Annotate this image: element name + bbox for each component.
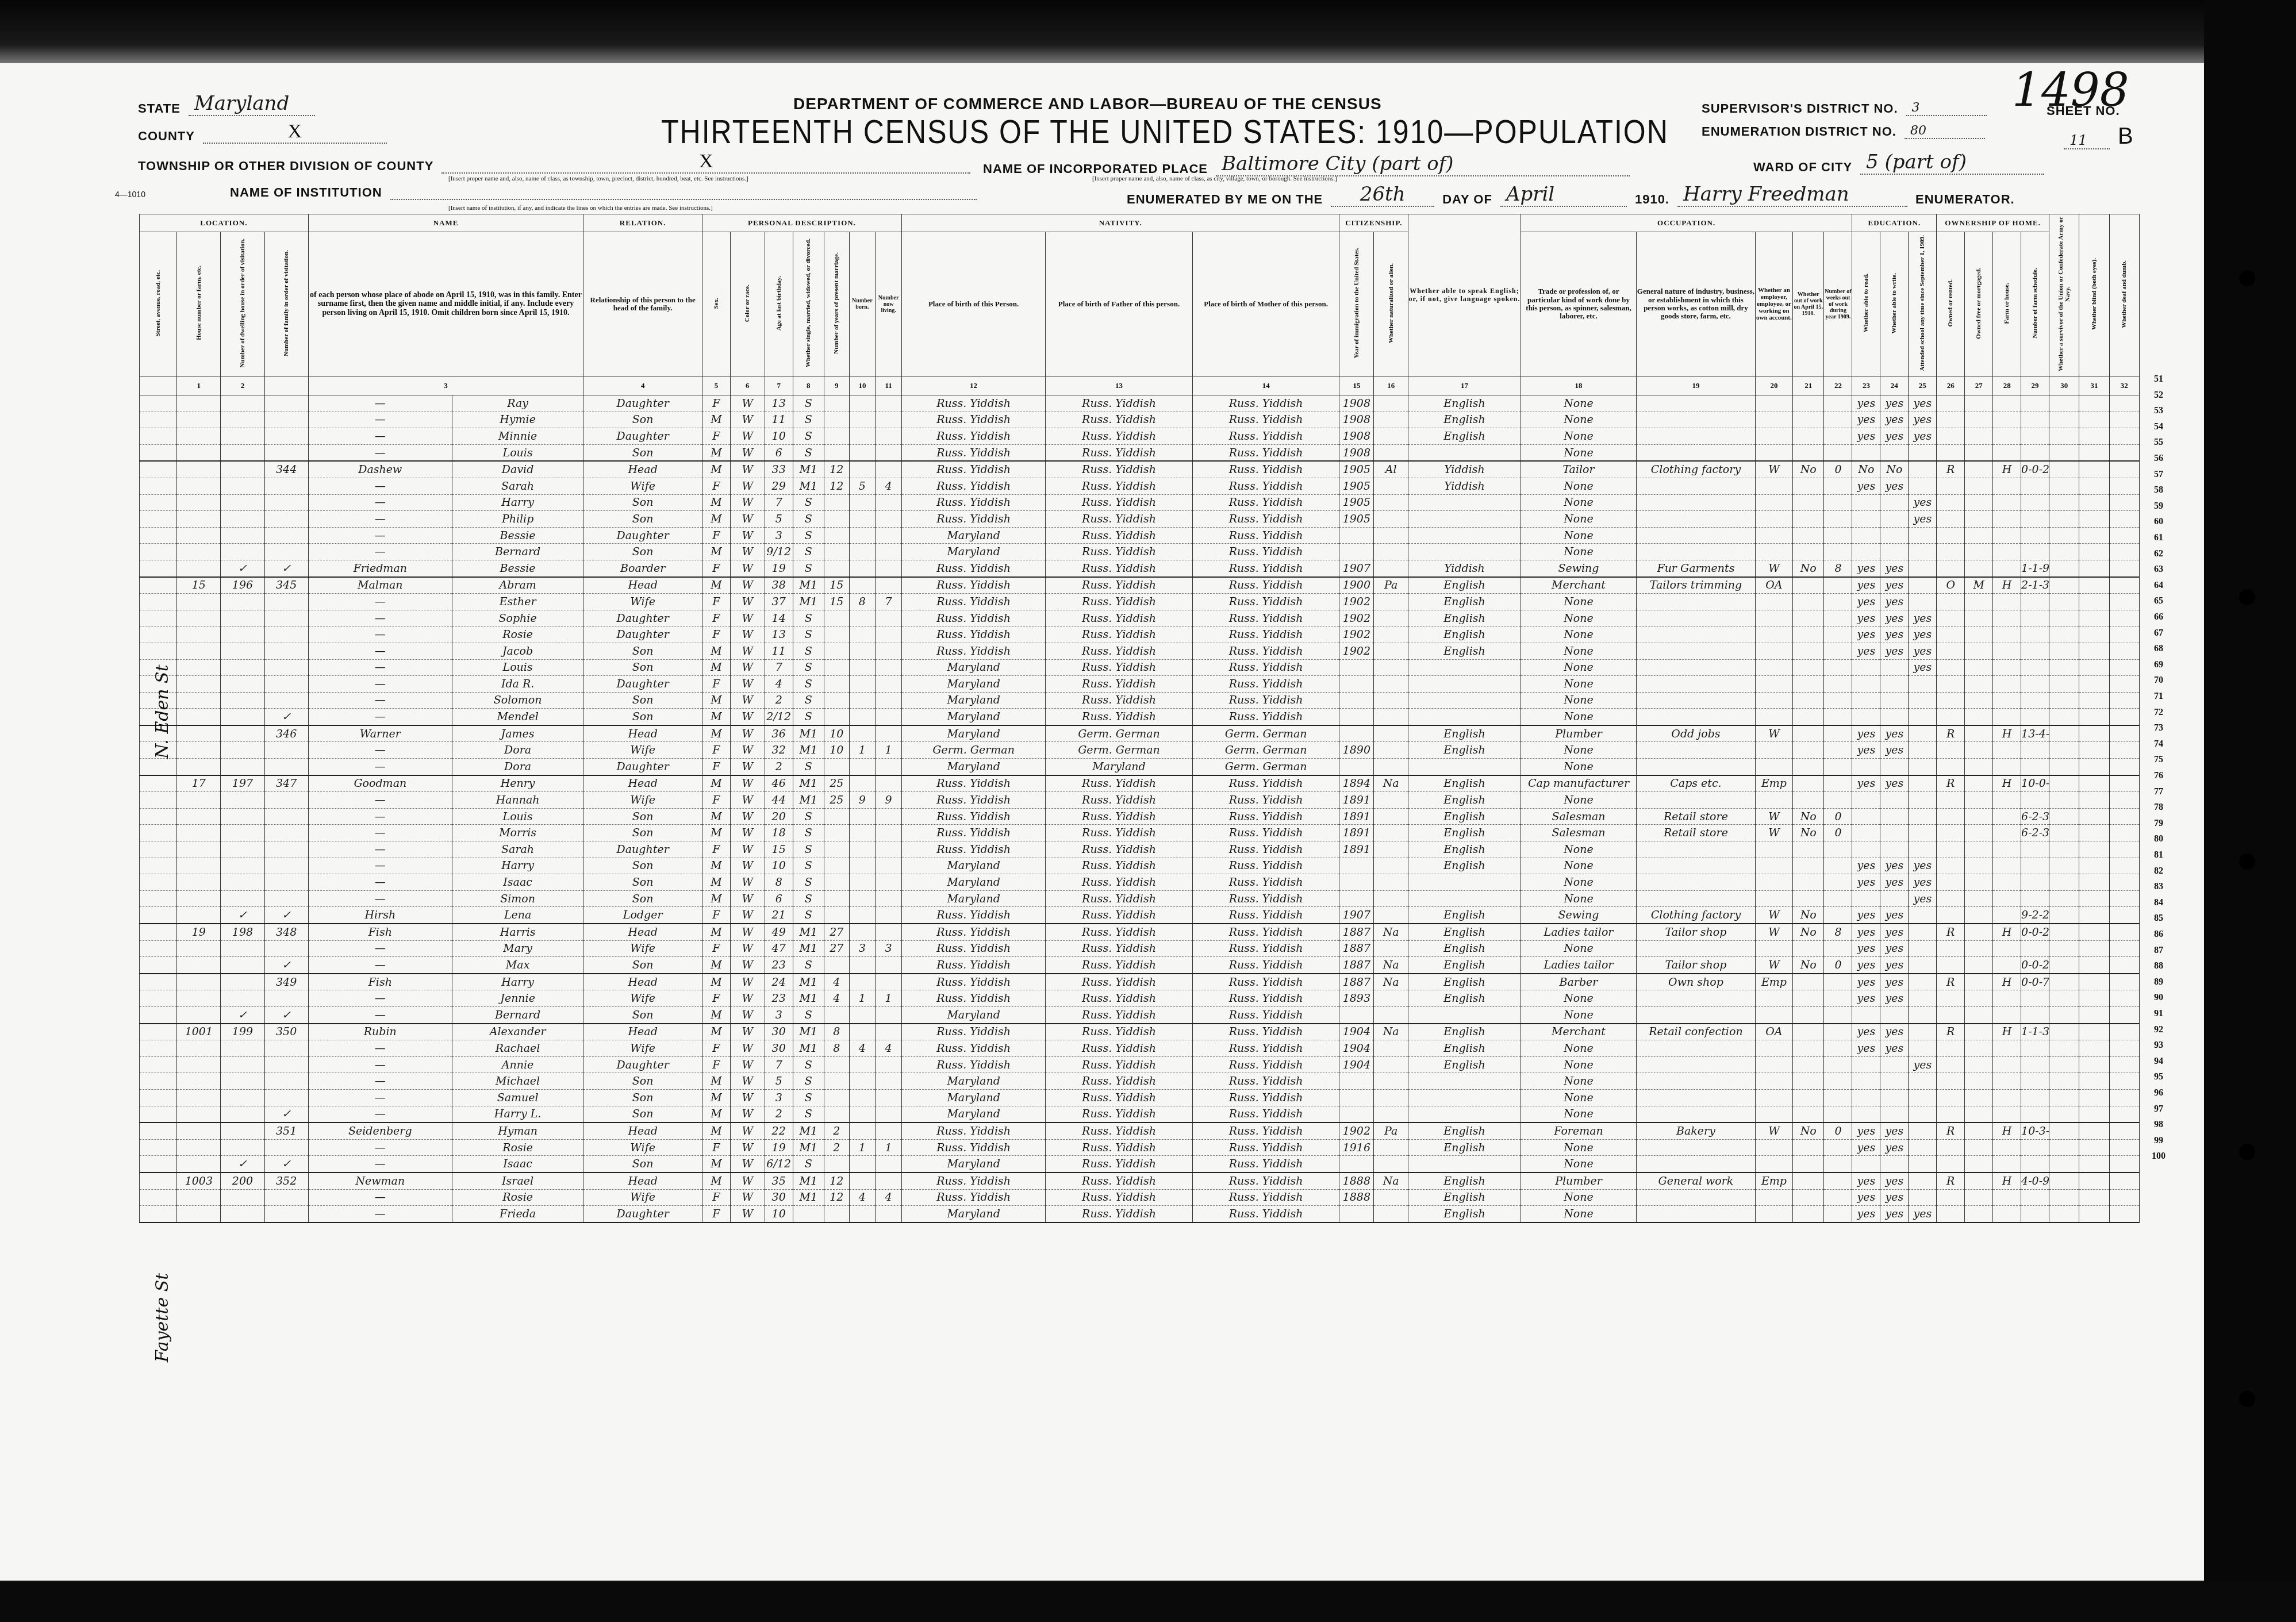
relation-cell: Daughter xyxy=(583,626,702,643)
blind-cell xyxy=(2079,494,2109,511)
table-row: —HannahWifeFW44M12599Russ. YiddishRuss. … xyxy=(140,792,2140,809)
school-cell: yes xyxy=(1909,874,1937,891)
county-field: COUNTY X xyxy=(138,121,387,144)
race-cell: W xyxy=(730,1024,765,1040)
industry-cell xyxy=(1637,1139,1756,1156)
dwelling-cell xyxy=(221,858,264,874)
emp-cell xyxy=(1755,594,1792,610)
race-cell: W xyxy=(730,527,765,544)
living-cell xyxy=(876,461,902,478)
industry-cell: Retail store xyxy=(1637,825,1756,841)
pob-mother-cell: Russ. Yiddish xyxy=(1192,1173,1339,1189)
natz-cell xyxy=(1374,428,1408,445)
pob-father-cell: Russ. Yiddish xyxy=(1046,544,1193,560)
relation-cell: Daughter xyxy=(583,759,702,775)
pob-mother-cell: Russ. Yiddish xyxy=(1192,478,1339,494)
relation-cell: Daughter xyxy=(583,1056,702,1073)
surname-cell: — xyxy=(308,957,452,974)
street-note-1: N. Eden St xyxy=(152,664,172,759)
sched-cell: 0-0-2-2 xyxy=(2021,924,2049,940)
free-cell xyxy=(1965,940,1993,957)
marital-cell: M1 xyxy=(793,974,824,990)
sex-cell: M xyxy=(702,643,730,659)
write-cell: yes xyxy=(1880,775,1909,792)
birthplace-cell: Maryland xyxy=(902,1156,1046,1173)
vet-cell xyxy=(2049,907,2079,924)
write-cell xyxy=(1880,825,1909,841)
birthplace-cell: Maryland xyxy=(902,527,1046,544)
given-name-cell: Rosie xyxy=(452,1189,583,1206)
natz-cell xyxy=(1374,676,1408,693)
deaf-cell xyxy=(2109,858,2140,874)
table-row: —Ida R.DaughterFW4SMarylandRuss. Yiddish… xyxy=(140,676,2140,693)
street-cell xyxy=(140,957,177,974)
school-cell xyxy=(1909,792,1937,809)
relation-cell: Head xyxy=(583,1024,702,1040)
blind-cell xyxy=(2079,759,2109,775)
surname-cell: — xyxy=(308,692,452,709)
read-cell: yes xyxy=(1852,428,1880,445)
pob-mother-cell: Russ. Yiddish xyxy=(1192,1123,1339,1139)
header-name-instructions: of each person whose place of abode on A… xyxy=(308,232,583,376)
dwelling-cell xyxy=(221,890,264,907)
vet-cell xyxy=(2049,1106,2079,1123)
living-cell: 1 xyxy=(876,990,902,1007)
language-cell: English xyxy=(1408,577,1521,594)
free-cell xyxy=(1965,1106,1993,1123)
school-cell xyxy=(1909,990,1937,1007)
industry-cell xyxy=(1637,742,1756,759)
birthplace-cell: Maryland xyxy=(902,874,1046,891)
years-married-cell xyxy=(824,560,850,576)
sched-cell xyxy=(2021,1040,2049,1057)
emp-cell xyxy=(1755,1040,1792,1057)
given-name-cell: Jennie xyxy=(452,990,583,1007)
birthplace-cell: Russ. Yiddish xyxy=(902,412,1046,428)
column-number: 32 xyxy=(2109,376,2140,395)
living-cell xyxy=(876,692,902,709)
years-married-cell xyxy=(824,874,850,891)
years-married-cell xyxy=(824,659,850,676)
family-cell xyxy=(264,544,308,560)
write-cell: yes xyxy=(1880,907,1909,924)
race-cell: W xyxy=(730,709,765,725)
language-cell: English xyxy=(1408,924,1521,940)
free-cell xyxy=(1965,725,1993,742)
given-name-cell: Abram xyxy=(452,577,583,594)
sched-cell xyxy=(2021,1073,2049,1090)
line-number: 62 xyxy=(2147,549,2170,559)
weeks-cell: 0 xyxy=(1824,461,1852,478)
free-cell xyxy=(1965,709,1993,725)
binder-hole xyxy=(2239,1391,2255,1407)
school-cell xyxy=(1909,1123,1937,1139)
table-row: —IsaacSonMW8SMarylandRuss. YiddishRuss. … xyxy=(140,874,2140,891)
column-number-row: 1234567891011121314151617181920212223242… xyxy=(140,376,2140,395)
sched-cell: 0-0-2-2 xyxy=(2021,957,2049,974)
marital-cell: M1 xyxy=(793,940,824,957)
marital-cell: S xyxy=(793,1106,824,1123)
street-cell xyxy=(140,610,177,626)
pob-mother-cell: Russ. Yiddish xyxy=(1192,990,1339,1007)
sex-cell: F xyxy=(702,1189,730,1206)
house-cell xyxy=(177,511,221,528)
dwelling-cell: 198 xyxy=(221,924,264,940)
surname-cell: Dashew xyxy=(308,461,452,478)
own-cell xyxy=(1937,1056,1965,1073)
pob-father-cell: Russ. Yiddish xyxy=(1046,1040,1193,1057)
write-cell: yes xyxy=(1880,957,1909,974)
line-number: 71 xyxy=(2147,691,2170,702)
scan-border-bottom xyxy=(0,1582,2296,1622)
free-cell xyxy=(1965,1024,1993,1040)
pob-father-cell: Russ. Yiddish xyxy=(1046,444,1193,461)
surname-cell: — xyxy=(308,742,452,759)
family-cell xyxy=(264,412,308,428)
language-cell xyxy=(1408,527,1521,544)
given-name-cell: Mary xyxy=(452,940,583,957)
free-cell xyxy=(1965,1206,1993,1223)
family-cell: ✓ xyxy=(264,1156,308,1173)
age-cell: 30 xyxy=(765,1189,793,1206)
dwelling-cell xyxy=(221,990,264,1007)
given-name-cell: Bernard xyxy=(452,544,583,560)
weeks-cell xyxy=(1824,841,1852,858)
immig-cell xyxy=(1339,692,1374,709)
surname-cell: — xyxy=(308,709,452,725)
write-cell xyxy=(1880,759,1909,775)
dwelling-cell xyxy=(221,610,264,626)
natz-cell xyxy=(1374,494,1408,511)
pob-mother-cell: Russ. Yiddish xyxy=(1192,412,1339,428)
marital-cell: M1 xyxy=(793,792,824,809)
given-name-cell: Louis xyxy=(452,444,583,461)
sex-cell: F xyxy=(702,1040,730,1057)
pob-mother-cell: Germ. German xyxy=(1192,725,1339,742)
years-married-cell xyxy=(824,890,850,907)
write-cell: yes xyxy=(1880,742,1909,759)
years-married-cell xyxy=(824,1073,850,1090)
family-cell xyxy=(264,742,308,759)
surname-cell: — xyxy=(308,808,452,825)
language-cell: English xyxy=(1408,395,1521,412)
sched-cell: 1-1-3 xyxy=(2021,1024,2049,1040)
marital-cell: S xyxy=(793,874,824,891)
emp-cell: Emp xyxy=(1755,1173,1792,1189)
school-cell xyxy=(1909,527,1937,544)
sched-cell xyxy=(2021,890,2049,907)
immig-cell: 1893 xyxy=(1339,990,1374,1007)
given-name-cell: Ida R. xyxy=(452,676,583,693)
dwelling-cell xyxy=(221,643,264,659)
dwelling-cell xyxy=(221,742,264,759)
marital-cell: S xyxy=(793,494,824,511)
header-veteran: Whether a survivor of the Union or Confe… xyxy=(2049,214,2079,376)
header-sex: Sex. xyxy=(702,232,730,376)
incorporated-place-field: NAME OF INCORPORATED PLACE Baltimore Cit… xyxy=(983,152,1630,176)
write-cell xyxy=(1880,494,1909,511)
street-cell xyxy=(140,1106,177,1123)
trade-cell: None xyxy=(1521,1073,1636,1090)
line-number: 52 xyxy=(2147,390,2170,401)
given-name-cell: Annie xyxy=(452,1056,583,1073)
house-cell xyxy=(177,478,221,494)
deaf-cell xyxy=(2109,626,2140,643)
immig-cell: 1904 xyxy=(1339,1024,1374,1040)
free-cell xyxy=(1965,412,1993,428)
years-married-cell xyxy=(824,907,850,924)
pob-father-cell: Maryland xyxy=(1046,759,1193,775)
emp-cell xyxy=(1755,792,1792,809)
blind-cell xyxy=(2079,990,2109,1007)
column-number: 29 xyxy=(2021,376,2049,395)
read-cell: yes xyxy=(1852,742,1880,759)
language-cell xyxy=(1408,890,1521,907)
sex-cell: F xyxy=(702,907,730,924)
header-marital: Whether single, married, widowed, or div… xyxy=(793,232,824,376)
vet-cell xyxy=(2049,858,2079,874)
out-cell: No xyxy=(1793,825,1824,841)
natz-cell xyxy=(1374,560,1408,576)
weeks-cell xyxy=(1824,428,1852,445)
born-cell xyxy=(849,412,876,428)
marital-cell xyxy=(793,1206,824,1223)
age-cell: 8 xyxy=(765,874,793,891)
race-cell: W xyxy=(730,1106,765,1123)
emp-cell xyxy=(1755,1156,1792,1173)
line-number: 90 xyxy=(2147,993,2170,1003)
school-cell: yes xyxy=(1909,494,1937,511)
born-cell xyxy=(849,1123,876,1139)
street-cell xyxy=(140,560,177,576)
blind-cell xyxy=(2079,511,2109,528)
age-cell: 38 xyxy=(765,577,793,594)
incorporated-place-value: Baltimore City (part of) xyxy=(1216,152,1630,176)
race-cell: W xyxy=(730,775,765,792)
blind-cell xyxy=(2079,1173,2109,1189)
relation-cell: Son xyxy=(583,692,702,709)
out-cell xyxy=(1793,1089,1824,1106)
natz-cell xyxy=(1374,742,1408,759)
blind-cell xyxy=(2079,874,2109,891)
vet-cell xyxy=(2049,659,2079,676)
pob-mother-cell: Russ. Yiddish xyxy=(1192,907,1339,924)
pob-mother-cell: Russ. Yiddish xyxy=(1192,1040,1339,1057)
read-cell xyxy=(1852,527,1880,544)
natz-cell xyxy=(1374,659,1408,676)
born-cell xyxy=(849,1156,876,1173)
own-cell xyxy=(1937,1206,1965,1223)
header-pob-mother: Place of birth of Mother of this person. xyxy=(1192,232,1339,376)
pob-mother-cell: Russ. Yiddish xyxy=(1192,940,1339,957)
own-cell xyxy=(1937,1006,1965,1023)
column-number: 1 xyxy=(177,376,221,395)
weeks-cell xyxy=(1824,709,1852,725)
sched-cell: 10-3-2-8 xyxy=(2021,1123,2049,1139)
sheet-value-field: 11 B xyxy=(2064,124,2133,149)
header-immigration-year: Year of immigration to the United States… xyxy=(1339,232,1374,376)
pob-father-cell: Russ. Yiddish xyxy=(1046,709,1193,725)
natz-cell xyxy=(1374,1073,1408,1090)
language-cell: English xyxy=(1408,825,1521,841)
school-cell: yes xyxy=(1909,610,1937,626)
language-cell: English xyxy=(1408,841,1521,858)
trade-cell: None xyxy=(1521,1089,1636,1106)
line-number: 78 xyxy=(2147,802,2170,813)
read-cell: yes xyxy=(1852,610,1880,626)
blind-cell xyxy=(2079,1040,2109,1057)
trade-cell: Merchant xyxy=(1521,577,1636,594)
house-cell xyxy=(177,659,221,676)
vet-cell xyxy=(2049,692,2079,709)
vet-cell xyxy=(2049,676,2079,693)
sched-cell xyxy=(2021,792,2049,809)
binder-hole xyxy=(2239,270,2255,286)
natz-cell: Na xyxy=(1374,1024,1408,1040)
write-cell xyxy=(1880,511,1909,528)
out-cell xyxy=(1793,643,1824,659)
free-cell xyxy=(1965,1089,1993,1106)
sex-cell: M xyxy=(702,725,730,742)
free-cell xyxy=(1965,924,1993,940)
blind-cell xyxy=(2079,626,2109,643)
street-cell xyxy=(140,1024,177,1040)
given-name-cell: Israel xyxy=(452,1173,583,1189)
farm-cell xyxy=(1993,990,2021,1007)
age-cell: 7 xyxy=(765,494,793,511)
school-cell xyxy=(1909,1106,1937,1123)
living-cell xyxy=(876,428,902,445)
free-cell xyxy=(1965,858,1993,874)
marital-cell: M1 xyxy=(793,775,824,792)
free-cell xyxy=(1965,610,1993,626)
surname-cell: Friedman xyxy=(308,560,452,576)
industry-cell: General work xyxy=(1637,1173,1756,1189)
surname-cell: Newman xyxy=(308,1173,452,1189)
school-cell: yes xyxy=(1909,1206,1937,1223)
years-married-cell: 8 xyxy=(824,1024,850,1040)
language-cell: English xyxy=(1408,643,1521,659)
industry-cell: Retail store xyxy=(1637,808,1756,825)
natz-cell xyxy=(1374,1040,1408,1057)
surname-cell: Seidenberg xyxy=(308,1123,452,1139)
table-row: —SimonSonMW6SMarylandRuss. YiddishRuss. … xyxy=(140,890,2140,907)
industry-cell: Fur Garments xyxy=(1637,560,1756,576)
free-cell xyxy=(1965,907,1993,924)
free-cell xyxy=(1965,626,1993,643)
relation-cell: Wife xyxy=(583,940,702,957)
ward-value: 5 (part of) xyxy=(1860,151,2044,175)
write-cell xyxy=(1880,1056,1909,1073)
house-cell xyxy=(177,890,221,907)
school-cell: yes xyxy=(1909,412,1937,428)
language-cell: English xyxy=(1408,1139,1521,1156)
sex-cell: M xyxy=(702,825,730,841)
table-row: —AnnieDaughterFW7SRuss. YiddishRuss. Yid… xyxy=(140,1056,2140,1073)
family-cell xyxy=(264,511,308,528)
family-cell xyxy=(264,890,308,907)
write-cell: yes xyxy=(1880,428,1909,445)
school-cell xyxy=(1909,1006,1937,1023)
read-cell: yes xyxy=(1852,957,1880,974)
read-cell: yes xyxy=(1852,560,1880,576)
immig-cell: 1907 xyxy=(1339,560,1374,576)
table-row: —RosieWifeFW19M1211Russ. YiddishRuss. Yi… xyxy=(140,1139,2140,1156)
language-cell: English xyxy=(1408,1040,1521,1057)
free-cell xyxy=(1965,775,1993,792)
trade-cell: None xyxy=(1521,511,1636,528)
natz-cell xyxy=(1374,692,1408,709)
given-name-cell: Simon xyxy=(452,890,583,907)
language-cell xyxy=(1408,1006,1521,1023)
out-cell xyxy=(1793,1040,1824,1057)
born-cell: 4 xyxy=(849,1040,876,1057)
sex-cell: M xyxy=(702,974,730,990)
race-cell: W xyxy=(730,1189,765,1206)
emp-cell xyxy=(1755,858,1792,874)
house-cell xyxy=(177,594,221,610)
free-cell xyxy=(1965,444,1993,461)
relation-cell: Son xyxy=(583,825,702,841)
out-cell xyxy=(1793,412,1824,428)
sched-cell xyxy=(2021,395,2049,412)
sched-cell xyxy=(2021,990,2049,1007)
blind-cell xyxy=(2079,1206,2109,1223)
emp-cell xyxy=(1755,759,1792,775)
house-cell xyxy=(177,957,221,974)
dwelling-cell xyxy=(221,825,264,841)
line-number: 58 xyxy=(2147,485,2170,495)
out-cell xyxy=(1793,775,1824,792)
deaf-cell xyxy=(2109,990,2140,1007)
trade-cell: None xyxy=(1521,874,1636,891)
industry-cell xyxy=(1637,444,1756,461)
natz-cell xyxy=(1374,478,1408,494)
pob-mother-cell: Russ. Yiddish xyxy=(1192,610,1339,626)
language-cell xyxy=(1408,676,1521,693)
age-cell: 11 xyxy=(765,643,793,659)
read-cell xyxy=(1852,890,1880,907)
dwelling-cell xyxy=(221,841,264,858)
read-cell: No xyxy=(1852,461,1880,478)
emp-cell xyxy=(1755,940,1792,957)
blind-cell xyxy=(2079,1189,2109,1206)
out-cell xyxy=(1793,742,1824,759)
years-married-cell: 27 xyxy=(824,940,850,957)
table-row: —SarahDaughterFW15SRuss. YiddishRuss. Yi… xyxy=(140,841,2140,858)
years-married-cell: 27 xyxy=(824,924,850,940)
blind-cell xyxy=(2079,692,2109,709)
table-row: —MinnieDaughterFW10SRuss. YiddishRuss. Y… xyxy=(140,428,2140,445)
birthplace-cell: Russ. Yiddish xyxy=(902,461,1046,478)
family-cell: 352 xyxy=(264,1173,308,1189)
marital-cell: M1 xyxy=(793,1123,824,1139)
surname-cell: — xyxy=(308,643,452,659)
blind-cell xyxy=(2079,444,2109,461)
immig-cell xyxy=(1339,1206,1374,1223)
emp-cell: W xyxy=(1755,461,1792,478)
sched-cell xyxy=(2021,626,2049,643)
living-cell: 3 xyxy=(876,940,902,957)
sheet-side: B xyxy=(2118,124,2133,149)
industry-cell xyxy=(1637,676,1756,693)
natz-cell: Na xyxy=(1374,974,1408,990)
pob-father-cell: Russ. Yiddish xyxy=(1046,626,1193,643)
line-number: 82 xyxy=(2147,866,2170,877)
family-cell xyxy=(264,1056,308,1073)
school-cell xyxy=(1909,742,1937,759)
blind-cell xyxy=(2079,478,2109,494)
